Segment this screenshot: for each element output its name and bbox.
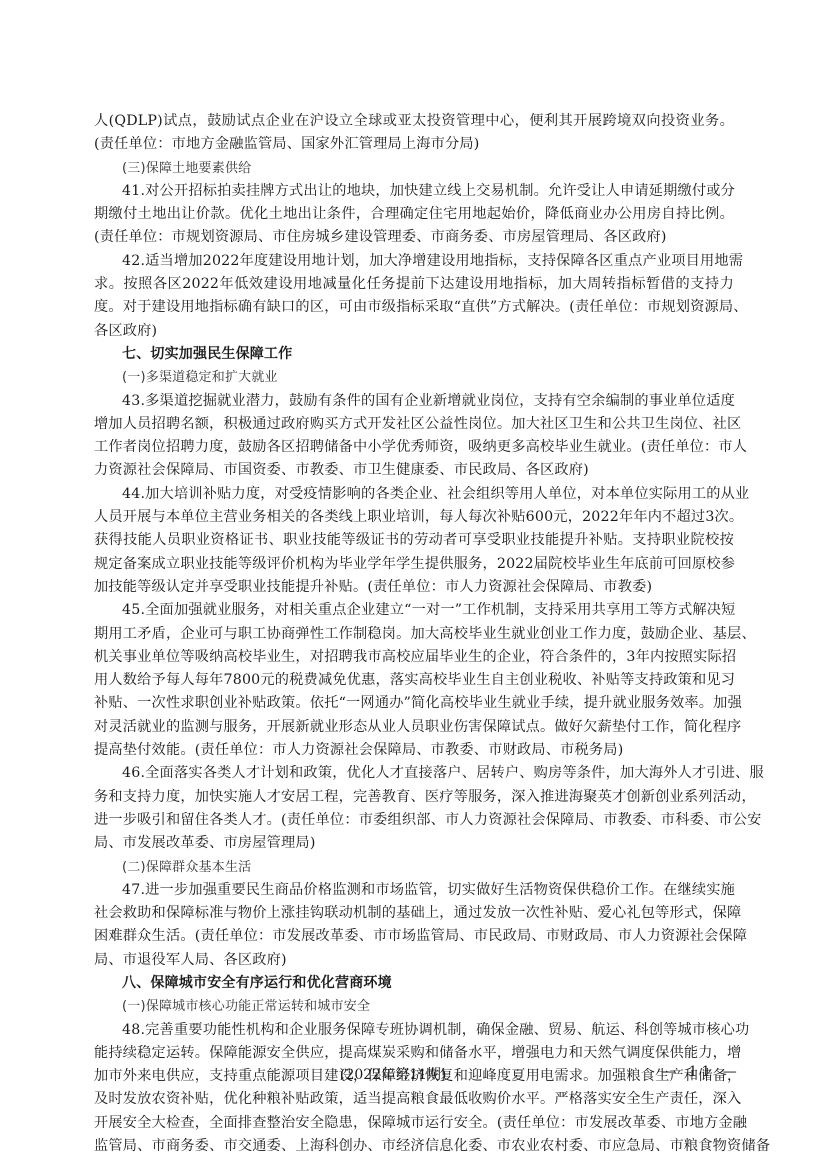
- text-line: 对灵活就业的监测与服务，开展新就业形态从业人员职业伤害保障试点。做好欠薪垫付工作…: [94, 716, 734, 739]
- paragraph-end-line: 局、市退役军人局、各区政府): [94, 949, 734, 972]
- text-line: 人员开展与本单位主营业务相关的各类线上职业培训，每人每次补贴600元，2022年…: [94, 506, 734, 529]
- paragraph-start-line: 41.对公开招标拍卖挂牌方式出让的地块，加快建立线上交易机制。允许受让人申请延期…: [94, 180, 734, 203]
- text-line: 机关事业单位等吸纳高校毕业生，对招聘我市高校应届毕业生的企业，符合条件的，3年内…: [94, 646, 734, 669]
- text-line: 期用工矛盾，企业可与职工协商弹性工作制稳岗。加大高校毕业生就业创业工作力度，鼓励…: [94, 623, 734, 646]
- paragraph-end-line: 加技能等级认定并享受职业技能提升补贴。(责任单位：市人力资源社会保障局、市教委): [94, 576, 734, 599]
- paragraph-end-line: 提高垫付效能。(责任单位：市人力资源社会保障局、市教委、市财政局、市税务局): [94, 739, 734, 762]
- paragraph-end-line: (责任单位：市地方金融监管局、国家外汇管理局上海市分局): [94, 133, 734, 156]
- text-line: 增加人员招聘名额，积极通过政府购买方式开发社区公益性岗位。加大社区卫生和公共卫生…: [94, 413, 734, 436]
- section-heading: 八、保障城市安全有序运行和优化营商环境: [94, 972, 734, 995]
- subsection-heading: (三)保障土地要素供给: [94, 157, 734, 180]
- paragraph-start-line: 46.全面落实各类人才计划和政策，优化人才直接落户、居转户、购房等条件，加大海外…: [94, 762, 734, 785]
- text-line: 人(QDLP)试点，鼓励试点企业在沪设立全球或亚太投资管理中心，便利其开展跨境双…: [94, 110, 734, 133]
- text-line: 开展安全大检查，全面排查整治安全隐患，保障城市运行安全。(责任单位：市发展改革委…: [94, 1112, 734, 1135]
- paragraph-start-line: 48.完善重要功能性机构和企业服务保障专班协调机制，确保金融、贸易、航运、科创等…: [94, 1019, 734, 1042]
- text-line: 获得技能人员职业资格证书、职业技能等级证书的劳动者可享受职业技能提升补贴。支持职…: [94, 529, 734, 552]
- text-line: 进一步吸引和留住各类人才。(责任单位：市委组织部、市人力资源社会保障局、市教委、…: [94, 809, 734, 832]
- paragraph-end-line: 各区政府): [94, 320, 734, 343]
- paragraph-start-line: 45.全面加强就业服务，对相关重点企业建立“一对一”工作机制，支持采用共享用工等…: [94, 599, 734, 622]
- text-line: 用人数给予每人每年7800元的税费减免优惠，落实高校毕业生自主创业税收、补贴等支…: [94, 669, 734, 692]
- text-line: 规定备案成立职业技能等级评价机构为毕业学年学生提供服务，2022届院校毕业生年底…: [94, 553, 734, 576]
- subsection-heading: (二)保障群众基本生活: [94, 856, 734, 879]
- text-line: 困难群众生活。(责任单位：市发展改革委、市市场监管局、市民政局、市财政局、市人力…: [94, 925, 734, 948]
- paragraph-start-line: 47.进一步加强重要民生商品价格监测和市场监管，切实做好生活物资保供稳价工作。在…: [94, 879, 734, 902]
- subsection-heading: (一)保障城市核心功能正常运转和城市安全: [94, 995, 734, 1018]
- paragraph-end-line: 局、市发展改革委、市房屋管理局): [94, 832, 734, 855]
- text-line: 及时发放农资补贴，优化种粮补贴政策，适当提高粮食最低收购价水平。严格落实安全生产…: [94, 1088, 734, 1111]
- section-heading: 七、切实加强民生保障工作: [94, 343, 734, 366]
- text-line: 能持续稳定运转。保障能源安全供应，提高煤炭采购和储备水平，增强电力和天然气调度保…: [94, 1042, 734, 1065]
- text-line: 补贴、一次性求职创业补贴政策。依托“一网通办”简化高校毕业生就业手续，提升就业服…: [94, 692, 734, 715]
- paragraph-start-line: 43.多渠道挖掘就业潜力，鼓励有条件的国有企业新增就业岗位，支持有空余编制的事业…: [94, 390, 734, 413]
- text-line: 社会救助和保障标准与物价上涨挂钩联动机制的基础上，通过发放一次性补贴、爱心礼包等…: [94, 902, 734, 925]
- text-line: 度。对于建设用地指标确有缺口的区，可由市级指标采取“直供”方式解决。(责任单位：…: [94, 296, 734, 319]
- text-line: 期缴付土地出让价款。优化土地出让条件，合理确定住宅用地起始价，降低商业办公用房自…: [94, 203, 734, 226]
- paragraph-end-line: (责任单位：市规划资源局、市住房城乡建设管理委、市商务委、市房屋管理局、各区政府…: [94, 226, 734, 249]
- page-number: — 11 —: [662, 1064, 741, 1080]
- text-line: 监管局、市商务委、市交通委、上海科创办、市经济信息化委、市农业农村委、市应急局、…: [94, 1135, 734, 1158]
- paragraph-start-line: 44.加大培训补贴力度，对受疫情影响的各类企业、社会组织等用人单位，对本单位实际…: [94, 483, 734, 506]
- document-body: 人(QDLP)试点，鼓励试点企业在沪设立全球或亚太投资管理中心，便利其开展跨境双…: [94, 110, 734, 1158]
- subsection-heading: (一)多渠道稳定和扩大就业: [94, 366, 734, 389]
- paragraph-end-line: 力资源社会保障局、市国资委、市教委、市卫生健康委、市民政局、各区政府): [94, 459, 734, 482]
- text-line: 求。按照各区2022年低效建设用地减量化任务提前下达建设用地指标，加大周转指标暂…: [94, 273, 734, 296]
- paragraph-start-line: 42.适当增加2022年度建设用地计划，加大净增建设用地指标，支持保障各区重点产…: [94, 250, 734, 273]
- issue-label: (2022年第11期): [340, 1064, 446, 1084]
- text-line: 工作者岗位招聘力度，鼓励各区招聘储备中小学优秀师资，吸纳更多高校毕业生就业。(责…: [94, 436, 734, 459]
- text-line: 务和支持力度，加快实施人才安居工程，完善教育、医疗等服务，深入推进海聚英才创新创…: [94, 786, 734, 809]
